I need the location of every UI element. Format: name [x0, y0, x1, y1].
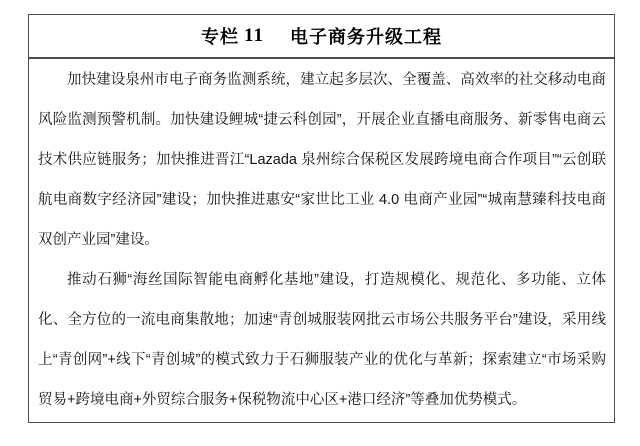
- column-title: 电子商务升级工程: [290, 23, 442, 49]
- document-page: 专栏 11 电子商务升级工程 加快建设泉州市电子商务监测系统，建立起多层次、全覆…: [0, 0, 640, 446]
- column-label: 专栏: [201, 23, 239, 49]
- paragraph-shishi-ecommerce: 推动石狮“海丝国际智能电商孵化基地”建设，打造规模化、规范化、多功能、立体化、全…: [38, 260, 606, 420]
- column-panel: 专栏 11 电子商务升级工程 加快建设泉州市电子商务监测系统，建立起多层次、全覆…: [28, 14, 615, 423]
- paragraph-quanzhou-ecommerce: 加快建设泉州市电子商务监测系统，建立起多层次、全覆盖、高效率的社交移动电商风险监…: [38, 60, 606, 260]
- column-number: 11: [244, 25, 264, 47]
- column-header: 专栏 11 电子商务升级工程: [29, 15, 614, 59]
- column-body: 加快建设泉州市电子商务监测系统，建立起多层次、全覆盖、高效率的社交移动电商风险监…: [29, 59, 614, 422]
